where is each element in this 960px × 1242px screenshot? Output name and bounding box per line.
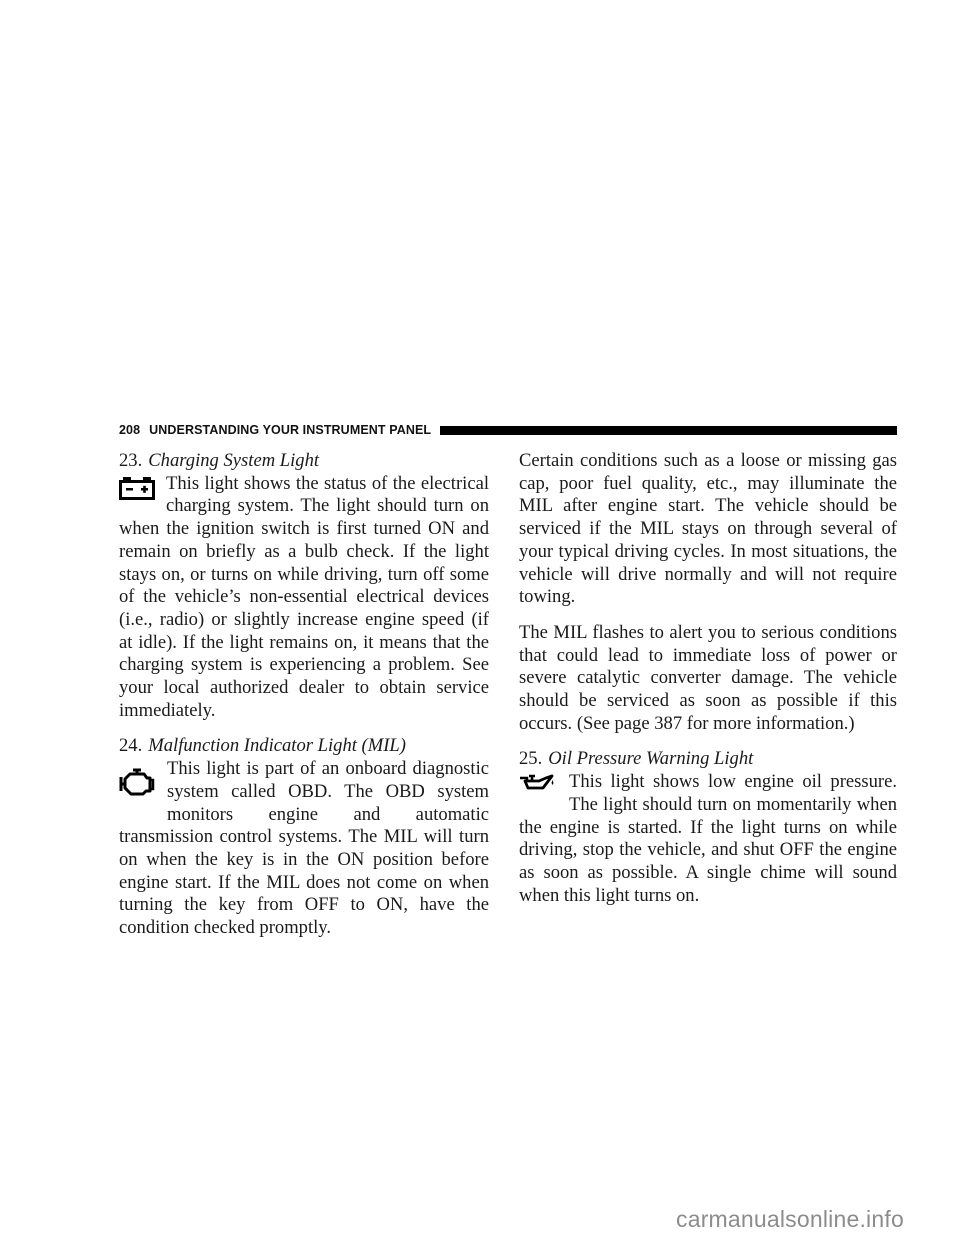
item-body: This light shows the status of the elect… — [119, 473, 489, 723]
item-title: Charging System Light — [148, 450, 319, 471]
item-number: 24. — [119, 735, 142, 756]
mil-conditions-paragraph: Certain conditions such as a loose or mi… — [519, 450, 897, 609]
left-column: 23.Charging System Light This light show… — [119, 450, 489, 940]
header-rule — [440, 426, 897, 435]
item-number: 25. — [519, 748, 542, 769]
item-malfunction-indicator-light: 24.Malfunction Indicator Light (MIL) Thi… — [119, 735, 489, 939]
item-body: This light shows low engine oil pressure… — [519, 771, 897, 907]
oil-can-icon — [519, 774, 555, 792]
running-header: 208 UNDERSTANDING YOUR INSTRUMENT PANEL — [119, 420, 899, 440]
item-title: Oil Pressure Warning Light — [548, 748, 753, 769]
item-number: 23. — [119, 450, 142, 471]
page-number: 208 — [119, 423, 140, 437]
item-oil-pressure-warning-light: 25.Oil Pressure Warning Light This light… — [519, 748, 897, 907]
section-heading: 24.Malfunction Indicator Light (MIL) — [119, 735, 489, 758]
battery-icon — [119, 476, 155, 500]
section-title: UNDERSTANDING YOUR INSTRUMENT PANEL — [149, 423, 431, 437]
check-engine-icon — [119, 767, 155, 797]
site-watermark: carmanualsonline.info — [676, 1206, 904, 1233]
section-heading: 23.Charging System Light — [119, 450, 489, 473]
item-title: Malfunction Indicator Light (MIL) — [148, 735, 406, 756]
section-heading: 25.Oil Pressure Warning Light — [519, 748, 897, 771]
item-body: This light is part of an onboard diagnos… — [119, 758, 489, 940]
mil-flashes-paragraph: The MIL flashes to alert you to serious … — [519, 622, 897, 736]
right-column: Certain conditions such as a loose or mi… — [519, 450, 897, 907]
item-charging-system-light: 23.Charging System Light This light show… — [119, 450, 489, 722]
